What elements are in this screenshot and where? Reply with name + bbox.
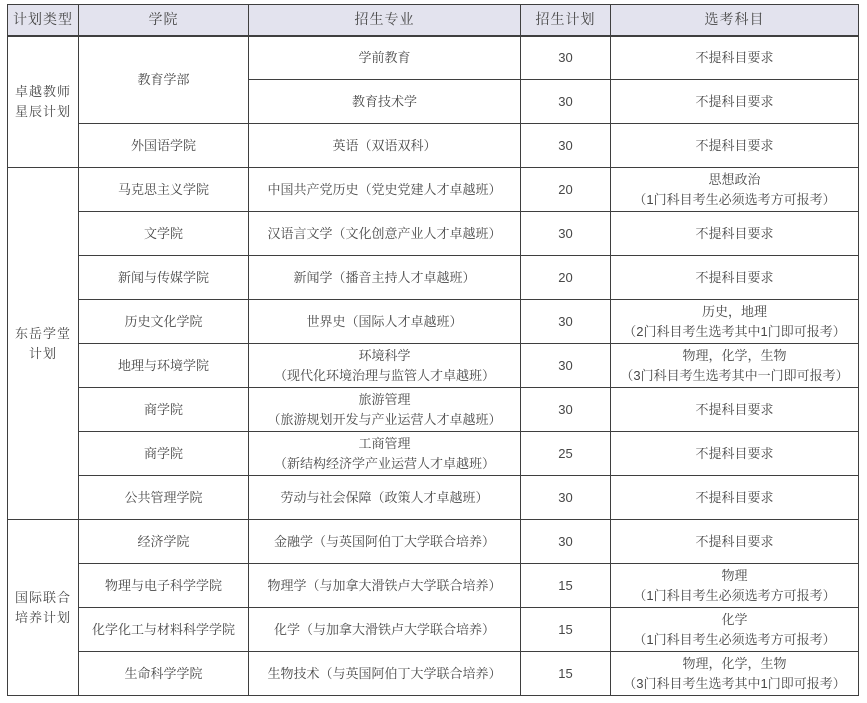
major-cell: 汉语言文学（文化创意产业人才卓越班） — [249, 212, 521, 256]
table-row: 东岳学堂 计划 马克思主义学院 中国共产党历史（党史党建人才卓越班） 20 思想… — [8, 168, 859, 212]
table-row: 文学院 汉语言文学（文化创意产业人才卓越班） 30 不提科目要求 — [8, 212, 859, 256]
college-cell: 经济学院 — [79, 520, 249, 564]
table-row: 公共管理学院 劳动与社会保障（政策人才卓越班） 30 不提科目要求 — [8, 476, 859, 520]
major-cell: 劳动与社会保障（政策人才卓越班） — [249, 476, 521, 520]
college-cell: 文学院 — [79, 212, 249, 256]
subjects-cell: 不提科目要求 — [611, 476, 859, 520]
subjects-cell: 不提科目要求 — [611, 520, 859, 564]
plan-type-cell: 东岳学堂 计划 — [8, 168, 79, 520]
admissions-table-screenshot: 计划类型 学院 招生专业 招生计划 选考科目 卓越教师 星辰计划 教育学部 学前… — [0, 0, 867, 703]
quota-cell: 15 — [521, 652, 611, 696]
subjects-cell: 不提科目要求 — [611, 36, 859, 80]
major-cell: 英语（双语双科） — [249, 124, 521, 168]
major-cell: 中国共产党历史（党史党建人才卓越班） — [249, 168, 521, 212]
subjects-cell: 不提科目要求 — [611, 212, 859, 256]
quota-cell: 15 — [521, 564, 611, 608]
quota-cell: 30 — [521, 388, 611, 432]
quota-cell: 30 — [521, 344, 611, 388]
col-header-subjects: 选考科目 — [611, 5, 859, 36]
table-row: 商学院 工商管理 （新结构经济学产业运营人才卓越班） 25 不提科目要求 — [8, 432, 859, 476]
plan-type-cell: 卓越教师 星辰计划 — [8, 36, 79, 168]
college-cell: 马克思主义学院 — [79, 168, 249, 212]
subjects-cell: 物理 （1门科目考生必须选考方可报考） — [611, 564, 859, 608]
quota-cell: 30 — [521, 124, 611, 168]
quota-cell: 15 — [521, 608, 611, 652]
college-cell: 地理与环境学院 — [79, 344, 249, 388]
subjects-cell: 物理，化学，生物 （3门科目考生选考其中1门即可报考） — [611, 652, 859, 696]
quota-cell: 30 — [521, 36, 611, 80]
subjects-cell: 不提科目要求 — [611, 124, 859, 168]
subjects-cell: 不提科目要求 — [611, 256, 859, 300]
major-cell: 学前教育 — [249, 36, 521, 80]
admissions-table: 计划类型 学院 招生专业 招生计划 选考科目 卓越教师 星辰计划 教育学部 学前… — [7, 4, 859, 696]
col-header-plan-type: 计划类型 — [8, 5, 79, 36]
col-header-major: 招生专业 — [249, 5, 521, 36]
quota-cell: 30 — [521, 300, 611, 344]
major-cell: 世界史（国际人才卓越班） — [249, 300, 521, 344]
subjects-cell: 不提科目要求 — [611, 432, 859, 476]
quota-cell: 30 — [521, 80, 611, 124]
table-row: 历史文化学院 世界史（国际人才卓越班） 30 历史，地理 （2门科目考生选考其中… — [8, 300, 859, 344]
college-cell: 商学院 — [79, 432, 249, 476]
major-cell: 工商管理 （新结构经济学产业运营人才卓越班） — [249, 432, 521, 476]
quota-cell: 25 — [521, 432, 611, 476]
college-cell: 化学化工与材料科学学院 — [79, 608, 249, 652]
table-row: 商学院 旅游管理 （旅游规划开发与产业运营人才卓越班） 30 不提科目要求 — [8, 388, 859, 432]
major-cell: 生物技术（与英国阿伯丁大学联合培养） — [249, 652, 521, 696]
table-row: 物理与电子科学学院 物理学（与加拿大滑铁卢大学联合培养） 15 物理 （1门科目… — [8, 564, 859, 608]
subjects-cell: 不提科目要求 — [611, 388, 859, 432]
table-row: 卓越教师 星辰计划 教育学部 学前教育 30 不提科目要求 — [8, 36, 859, 80]
plan-type-cell: 国际联合 培养计划 — [8, 520, 79, 696]
college-cell: 物理与电子科学学院 — [79, 564, 249, 608]
college-cell: 新闻与传媒学院 — [79, 256, 249, 300]
table-row: 生命科学学院 生物技术（与英国阿伯丁大学联合培养） 15 物理，化学，生物 （3… — [8, 652, 859, 696]
subjects-cell: 不提科目要求 — [611, 80, 859, 124]
table-row: 新闻与传媒学院 新闻学（播音主持人才卓越班） 20 不提科目要求 — [8, 256, 859, 300]
major-cell: 教育技术学 — [249, 80, 521, 124]
major-cell: 化学（与加拿大滑铁卢大学联合培养） — [249, 608, 521, 652]
major-cell: 金融学（与英国阿伯丁大学联合培养） — [249, 520, 521, 564]
college-cell: 公共管理学院 — [79, 476, 249, 520]
quota-cell: 30 — [521, 520, 611, 564]
college-cell: 教育学部 — [79, 36, 249, 124]
quota-cell: 20 — [521, 168, 611, 212]
college-cell: 生命科学学院 — [79, 652, 249, 696]
major-cell: 新闻学（播音主持人才卓越班） — [249, 256, 521, 300]
col-header-quota: 招生计划 — [521, 5, 611, 36]
quota-cell: 20 — [521, 256, 611, 300]
header-row: 计划类型 学院 招生专业 招生计划 选考科目 — [8, 5, 859, 36]
college-cell: 商学院 — [79, 388, 249, 432]
major-cell: 环境科学 （现代化环境治理与监管人才卓越班） — [249, 344, 521, 388]
table-row: 地理与环境学院 环境科学 （现代化环境治理与监管人才卓越班） 30 物理，化学，… — [8, 344, 859, 388]
major-cell: 旅游管理 （旅游规划开发与产业运营人才卓越班） — [249, 388, 521, 432]
subjects-cell: 化学 （1门科目考生必须选考方可报考） — [611, 608, 859, 652]
table-row: 化学化工与材料科学学院 化学（与加拿大滑铁卢大学联合培养） 15 化学 （1门科… — [8, 608, 859, 652]
quota-cell: 30 — [521, 212, 611, 256]
major-cell: 物理学（与加拿大滑铁卢大学联合培养） — [249, 564, 521, 608]
subjects-cell: 物理，化学，生物 （3门科目考生选考其中一门即可报考） — [611, 344, 859, 388]
subjects-cell: 历史，地理 （2门科目考生选考其中1门即可报考） — [611, 300, 859, 344]
subjects-cell: 思想政治 （1门科目考生必须选考方可报考） — [611, 168, 859, 212]
table-row: 外国语学院 英语（双语双科） 30 不提科目要求 — [8, 124, 859, 168]
table-row: 国际联合 培养计划 经济学院 金融学（与英国阿伯丁大学联合培养） 30 不提科目… — [8, 520, 859, 564]
col-header-college: 学院 — [79, 5, 249, 36]
college-cell: 历史文化学院 — [79, 300, 249, 344]
quota-cell: 30 — [521, 476, 611, 520]
college-cell: 外国语学院 — [79, 124, 249, 168]
